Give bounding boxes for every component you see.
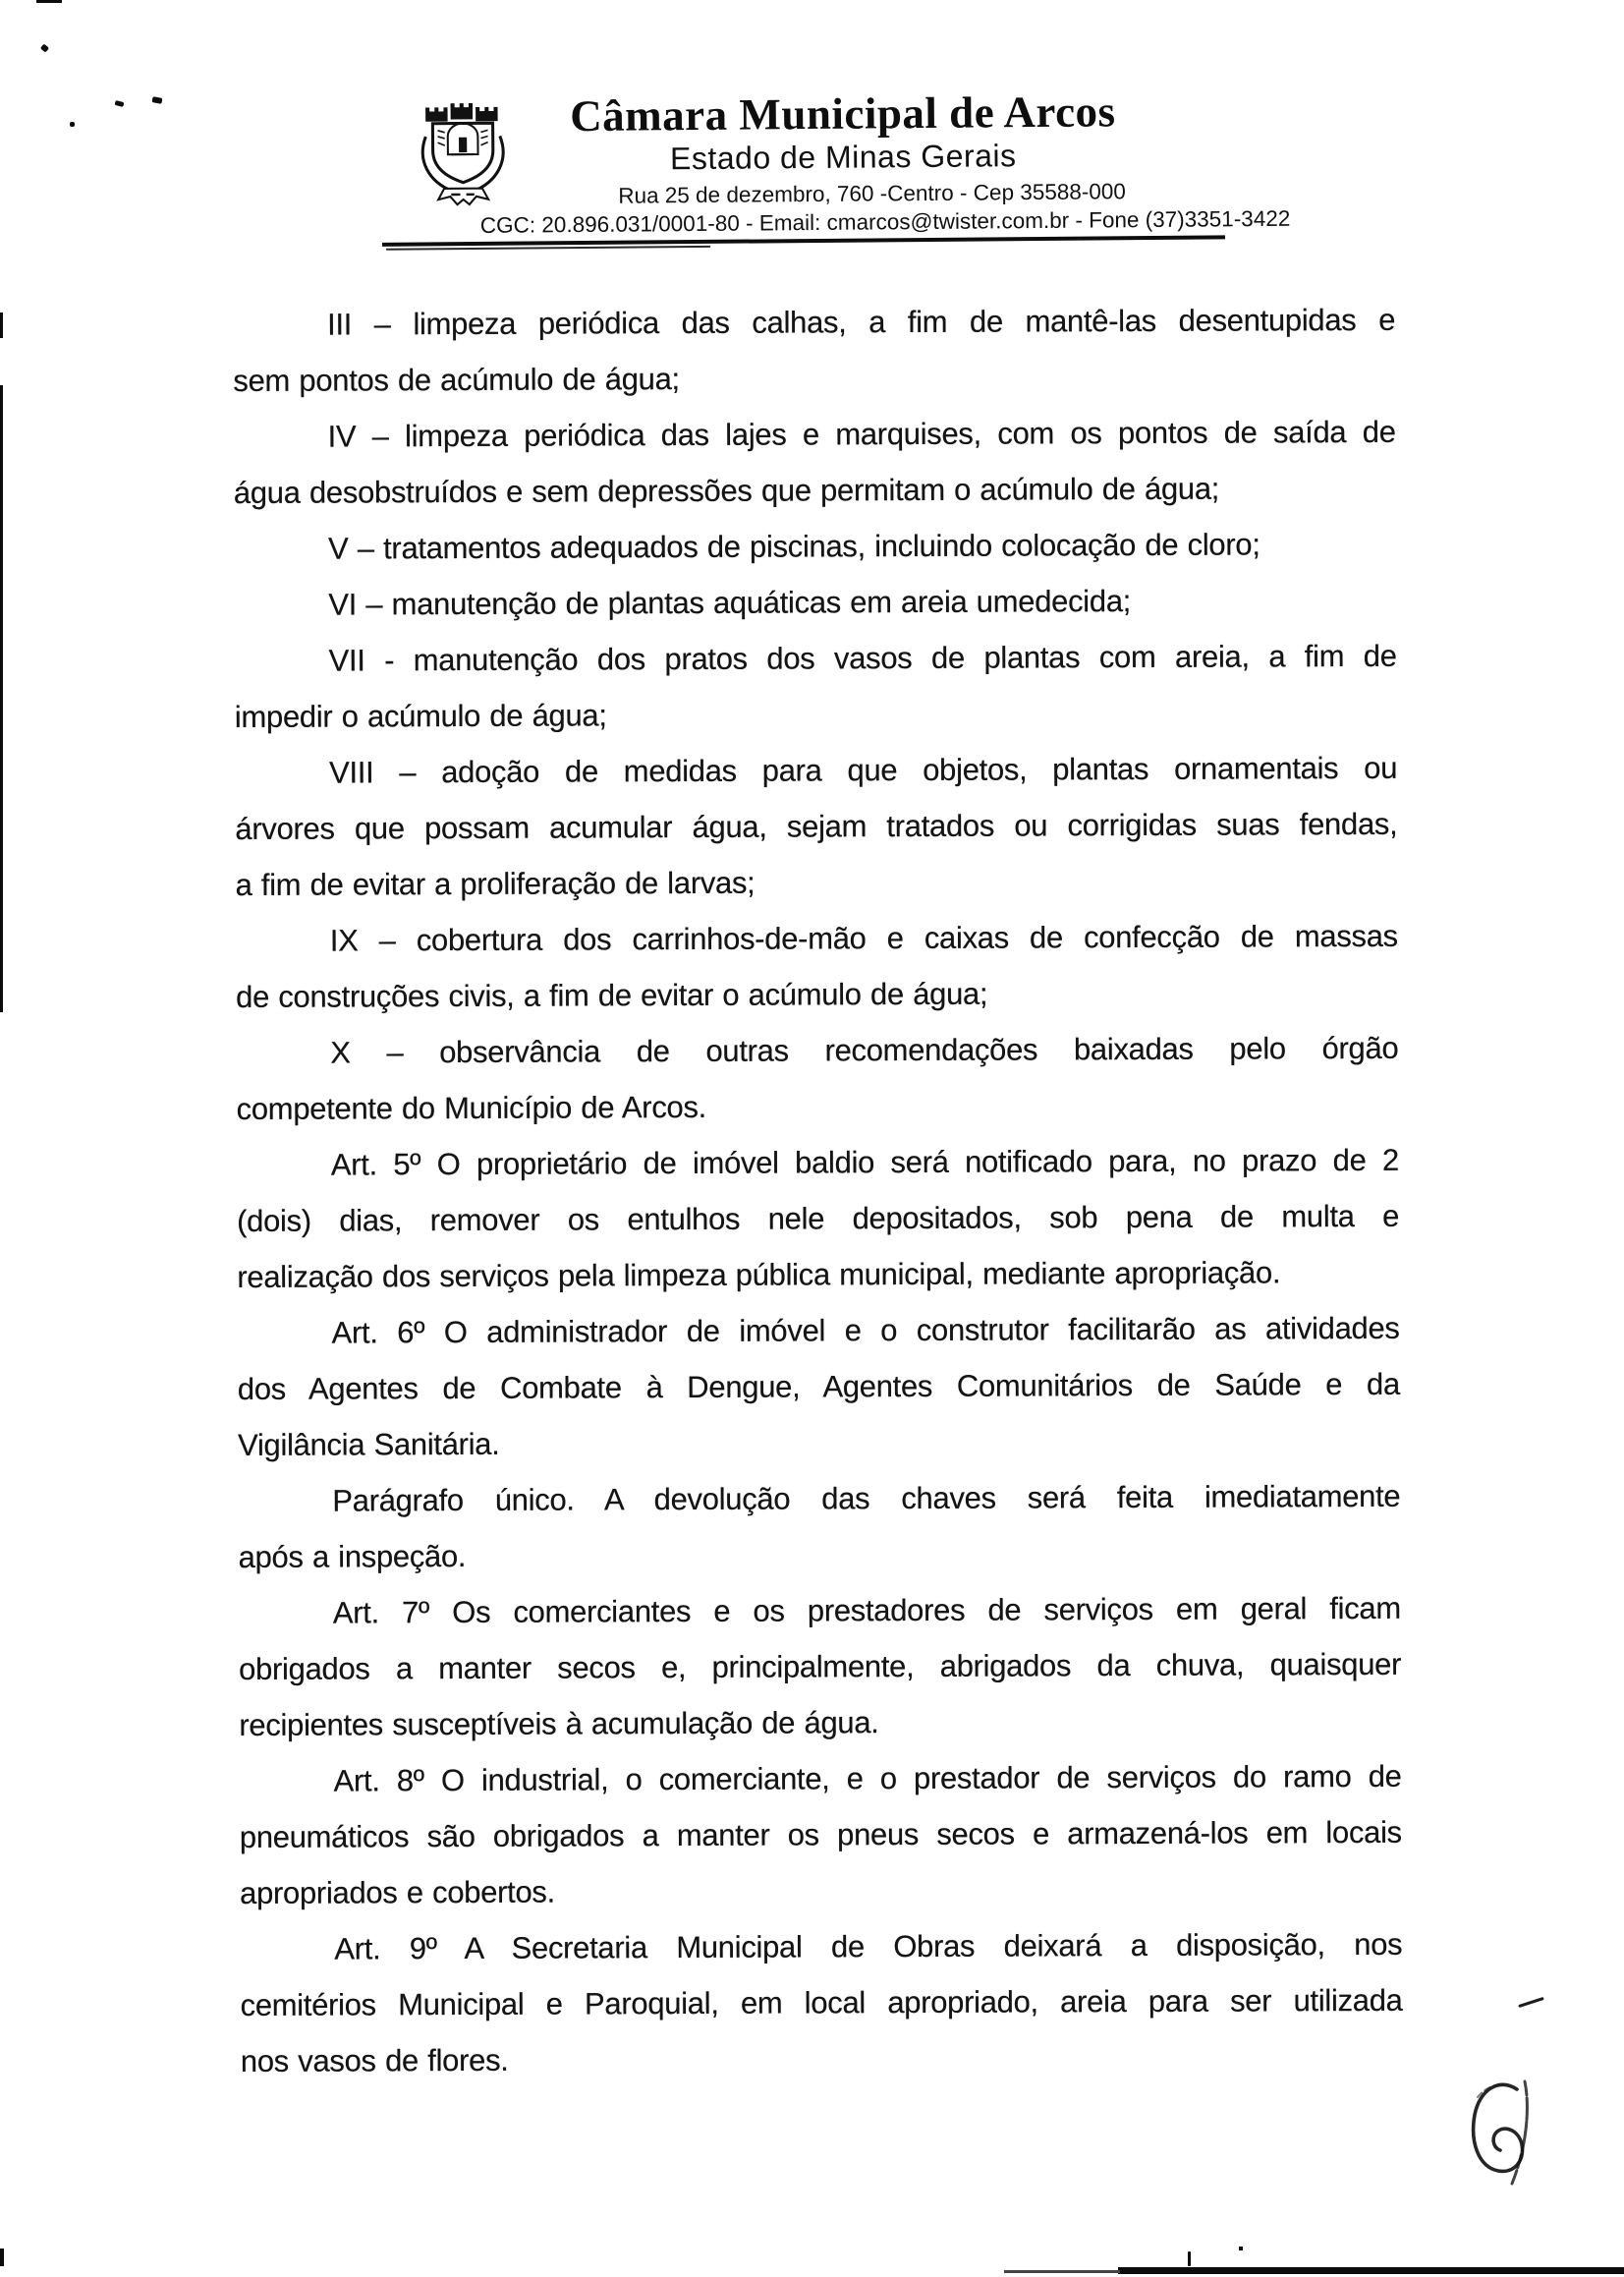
- scan-artifact: [70, 122, 75, 127]
- doc-line: VII - manutenção dos pratos dos vasos de…: [234, 628, 1396, 689]
- letterhead-text: Câmara Municipal de Arcos Estado de Mina…: [479, 85, 1207, 238]
- scan-artifact: [0, 385, 3, 1012]
- scan-artifact: [0, 313, 3, 338]
- scanned-document-page: Câmara Municipal de Arcos Estado de Mina…: [0, 0, 1624, 2277]
- doc-line: apropriados e cobertos.: [240, 1860, 1402, 1921]
- doc-line: Parágrafo único. A devolução das chaves …: [238, 1468, 1400, 1529]
- letterhead: Câmara Municipal de Arcos Estado de Mina…: [0, 0, 1624, 262]
- org-name: Câmara Municipal de Arcos: [479, 85, 1206, 142]
- scan-artifact: [0, 2249, 4, 2266]
- state-name: Estado de Minas Gerais: [479, 136, 1206, 178]
- doc-line: dos Agentes de Combate à Dengue, Agentes…: [238, 1356, 1400, 1417]
- doc-line: cemitérios Municipal e Paroquial, em loc…: [240, 1972, 1402, 2033]
- doc-line: III – limpeza periódica das calhas, a fi…: [233, 292, 1395, 353]
- doc-line: água desobstruídos e sem depressões que …: [234, 460, 1396, 521]
- doc-line: a fim de evitar a proliferação de larvas…: [235, 852, 1397, 913]
- doc-line: V – tratamentos adequados de piscinas, i…: [234, 516, 1396, 577]
- doc-line: Art. 5º O proprietário de imóvel baldio …: [237, 1132, 1399, 1193]
- scan-artifact: [1188, 2251, 1191, 2266]
- scan-artifact: [1118, 2267, 1624, 2274]
- doc-line: obrigados a manter secos e, principalmen…: [239, 1636, 1401, 1697]
- doc-line: impedir o acúmulo de água;: [235, 684, 1397, 745]
- doc-line: Vigilância Sanitária.: [238, 1412, 1400, 1473]
- doc-line: pneumáticos são obrigados a manter os pn…: [240, 1804, 1402, 1865]
- doc-line: Art. 7º Os comerciantes e os prestadores…: [239, 1580, 1401, 1641]
- doc-line: IV – limpeza periódica das lajes e marqu…: [233, 404, 1395, 465]
- doc-line: sem pontos de acúmulo de água;: [233, 348, 1395, 409]
- scan-artifact: [36, 0, 62, 3]
- doc-line: realização dos serviços pela limpeza púb…: [237, 1244, 1399, 1305]
- doc-line: de construções civis, a fim de evitar o …: [236, 964, 1398, 1025]
- doc-line: VI – manutenção de plantas aquáticas em …: [234, 572, 1396, 633]
- doc-line: após a inspeção.: [238, 1524, 1400, 1585]
- doc-line: recipientes susceptíveis à acumulação de…: [239, 1692, 1401, 1753]
- doc-line: Art. 9º A Secretaria Municipal de Obras …: [240, 1916, 1402, 1977]
- scan-artifact: [1004, 2270, 1120, 2273]
- address-line: Rua 25 de dezembro, 760 -Centro - Cep 35…: [536, 178, 1206, 209]
- doc-line: VIII – adoção de medidas para que objeto…: [235, 740, 1397, 801]
- doc-line: competente do Município de Arcos.: [236, 1076, 1398, 1137]
- document-body: III – limpeza periódica das calhas, a fi…: [233, 292, 1403, 2089]
- doc-line: nos vasos de flores.: [241, 2028, 1403, 2089]
- scan-artifact: [1239, 2247, 1243, 2250]
- doc-line: (dois) dias, remover os entulhos nele de…: [237, 1188, 1399, 1249]
- doc-line: Art. 6º O administrador de imóvel e o co…: [237, 1300, 1399, 1361]
- doc-line: X – observância de outras recomendações …: [236, 1020, 1398, 1081]
- doc-line: IX – cobertura dos carrinhos-de-mão e ca…: [236, 908, 1398, 969]
- doc-line: árvores que possam acumular água, sejam …: [235, 796, 1397, 857]
- header-rule-shadow: [386, 246, 710, 251]
- doc-line: Art. 8º O industrial, o comerciante, e o…: [239, 1748, 1401, 1809]
- registry-line: CGC: 20.896.031/0001-80 - Email: cmarcos…: [480, 206, 1207, 238]
- pen-slip-mark: [1518, 1997, 1544, 2008]
- handwritten-mark: [1466, 2076, 1542, 2192]
